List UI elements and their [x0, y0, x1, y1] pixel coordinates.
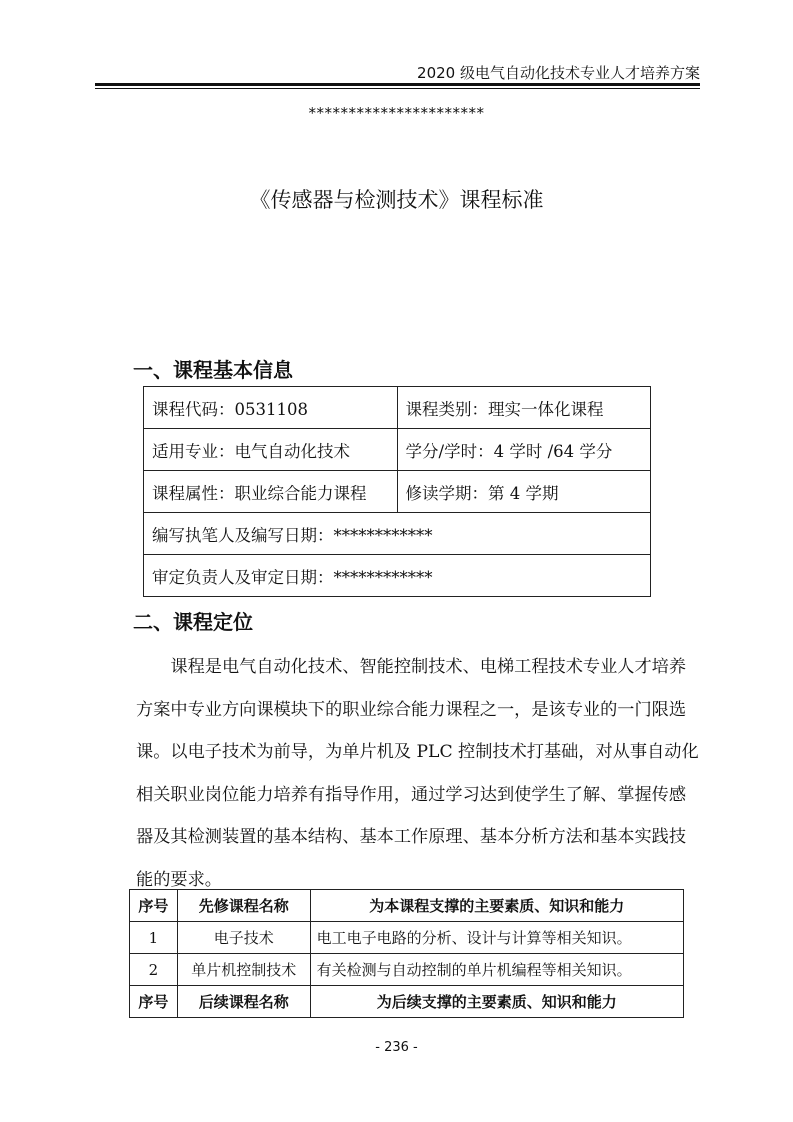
- paragraph-line: 课程是电气自动化技术、智能控制技术、电梯工程技术专业人才培养: [136, 646, 666, 689]
- running-header-title: 2020 级电气自动化技术专业人才培养方案: [400, 62, 700, 83]
- table-row: 2 单片机控制技术 有关检测与自动控制的单片机编程等相关知识。: [130, 954, 684, 986]
- page-number: - 236 -: [0, 1040, 793, 1055]
- credits-hours-cell: 学分/学时：4 学时 /64 学分: [397, 429, 650, 471]
- related-courses-table: 序号 先修课程名称 为本课程支撑的主要素质、知识和能力 1 电子技术 电工电子电…: [129, 889, 684, 1018]
- table-row: 课程属性：职业综合能力课程 修读学期：第 4 学期: [144, 471, 651, 513]
- column-header-prereq-name: 先修课程名称: [177, 890, 310, 922]
- paragraph-line: 方案中专业方向课模块下的职业综合能力课程之一，是该专业的一门限选: [136, 689, 666, 732]
- column-header-index: 序号: [130, 890, 178, 922]
- section-heading-basic-info: 一、课程基本信息: [133, 354, 293, 383]
- course-support: 电工电子电路的分析、设计与计算等相关知识。: [310, 922, 683, 954]
- table-row: 审定负责人及审定日期：************: [144, 555, 651, 597]
- column-header-followup-name: 后续课程名称: [177, 986, 310, 1018]
- reviewer-date-cell: 审定负责人及审定日期：************: [144, 555, 651, 597]
- table-row: 编写执笔人及编写日期：************: [144, 513, 651, 555]
- paragraph-line: 课。以电子技术为前导，为单片机及 PLC 控制技术打基础，对从事自动化: [136, 731, 666, 774]
- applicable-major-cell: 适用专业：电气自动化技术: [144, 429, 398, 471]
- row-index: 1: [130, 922, 178, 954]
- document-title: 《传感器与检测技术》课程标准: [0, 184, 793, 214]
- course-attribute-cell: 课程属性：职业综合能力课程: [144, 471, 398, 513]
- header-rule-thick: [95, 83, 700, 86]
- masked-line: **********************: [0, 104, 793, 122]
- table-row: 课程代码：0531108 课程类别：理实一体化课程: [144, 387, 651, 429]
- column-header-index: 序号: [130, 986, 178, 1018]
- section-heading-positioning: 二、课程定位: [133, 606, 253, 635]
- course-code-cell: 课程代码：0531108: [144, 387, 398, 429]
- course-support: 有关检测与自动控制的单片机编程等相关知识。: [310, 954, 683, 986]
- paragraph-line: 相关职业岗位能力培养有指导作用，通过学习达到使学生了解、掌握传感: [136, 774, 666, 817]
- table-row: 1 电子技术 电工电子电路的分析、设计与计算等相关知识。: [130, 922, 684, 954]
- author-date-cell: 编写执笔人及编写日期：************: [144, 513, 651, 555]
- column-header-followup-support: 为后续支撑的主要素质、知识和能力: [310, 986, 683, 1018]
- column-header-support: 为本课程支撑的主要素质、知识和能力: [310, 890, 683, 922]
- followup-header-row: 序号 后续课程名称 为后续支撑的主要素质、知识和能力: [130, 986, 684, 1018]
- prereq-header-row: 序号 先修课程名称 为本课程支撑的主要素质、知识和能力: [130, 890, 684, 922]
- header-rule-thin: [95, 88, 700, 89]
- course-name: 单片机控制技术: [177, 954, 310, 986]
- course-category-cell: 课程类别：理实一体化课程: [397, 387, 650, 429]
- row-index: 2: [130, 954, 178, 986]
- course-name: 电子技术: [177, 922, 310, 954]
- course-info-table: 课程代码：0531108 课程类别：理实一体化课程 适用专业：电气自动化技术 学…: [143, 386, 651, 597]
- paragraph-line: 器及其检测装置的基本结构、基本工作原理、基本分析方法和基本实践技: [136, 816, 666, 859]
- table-row: 适用专业：电气自动化技术 学分/学时：4 学时 /64 学分: [144, 429, 651, 471]
- semester-cell: 修读学期：第 4 学期: [397, 471, 650, 513]
- positioning-paragraph: 课程是电气自动化技术、智能控制技术、电梯工程技术专业人才培养 方案中专业方向课模…: [136, 646, 666, 901]
